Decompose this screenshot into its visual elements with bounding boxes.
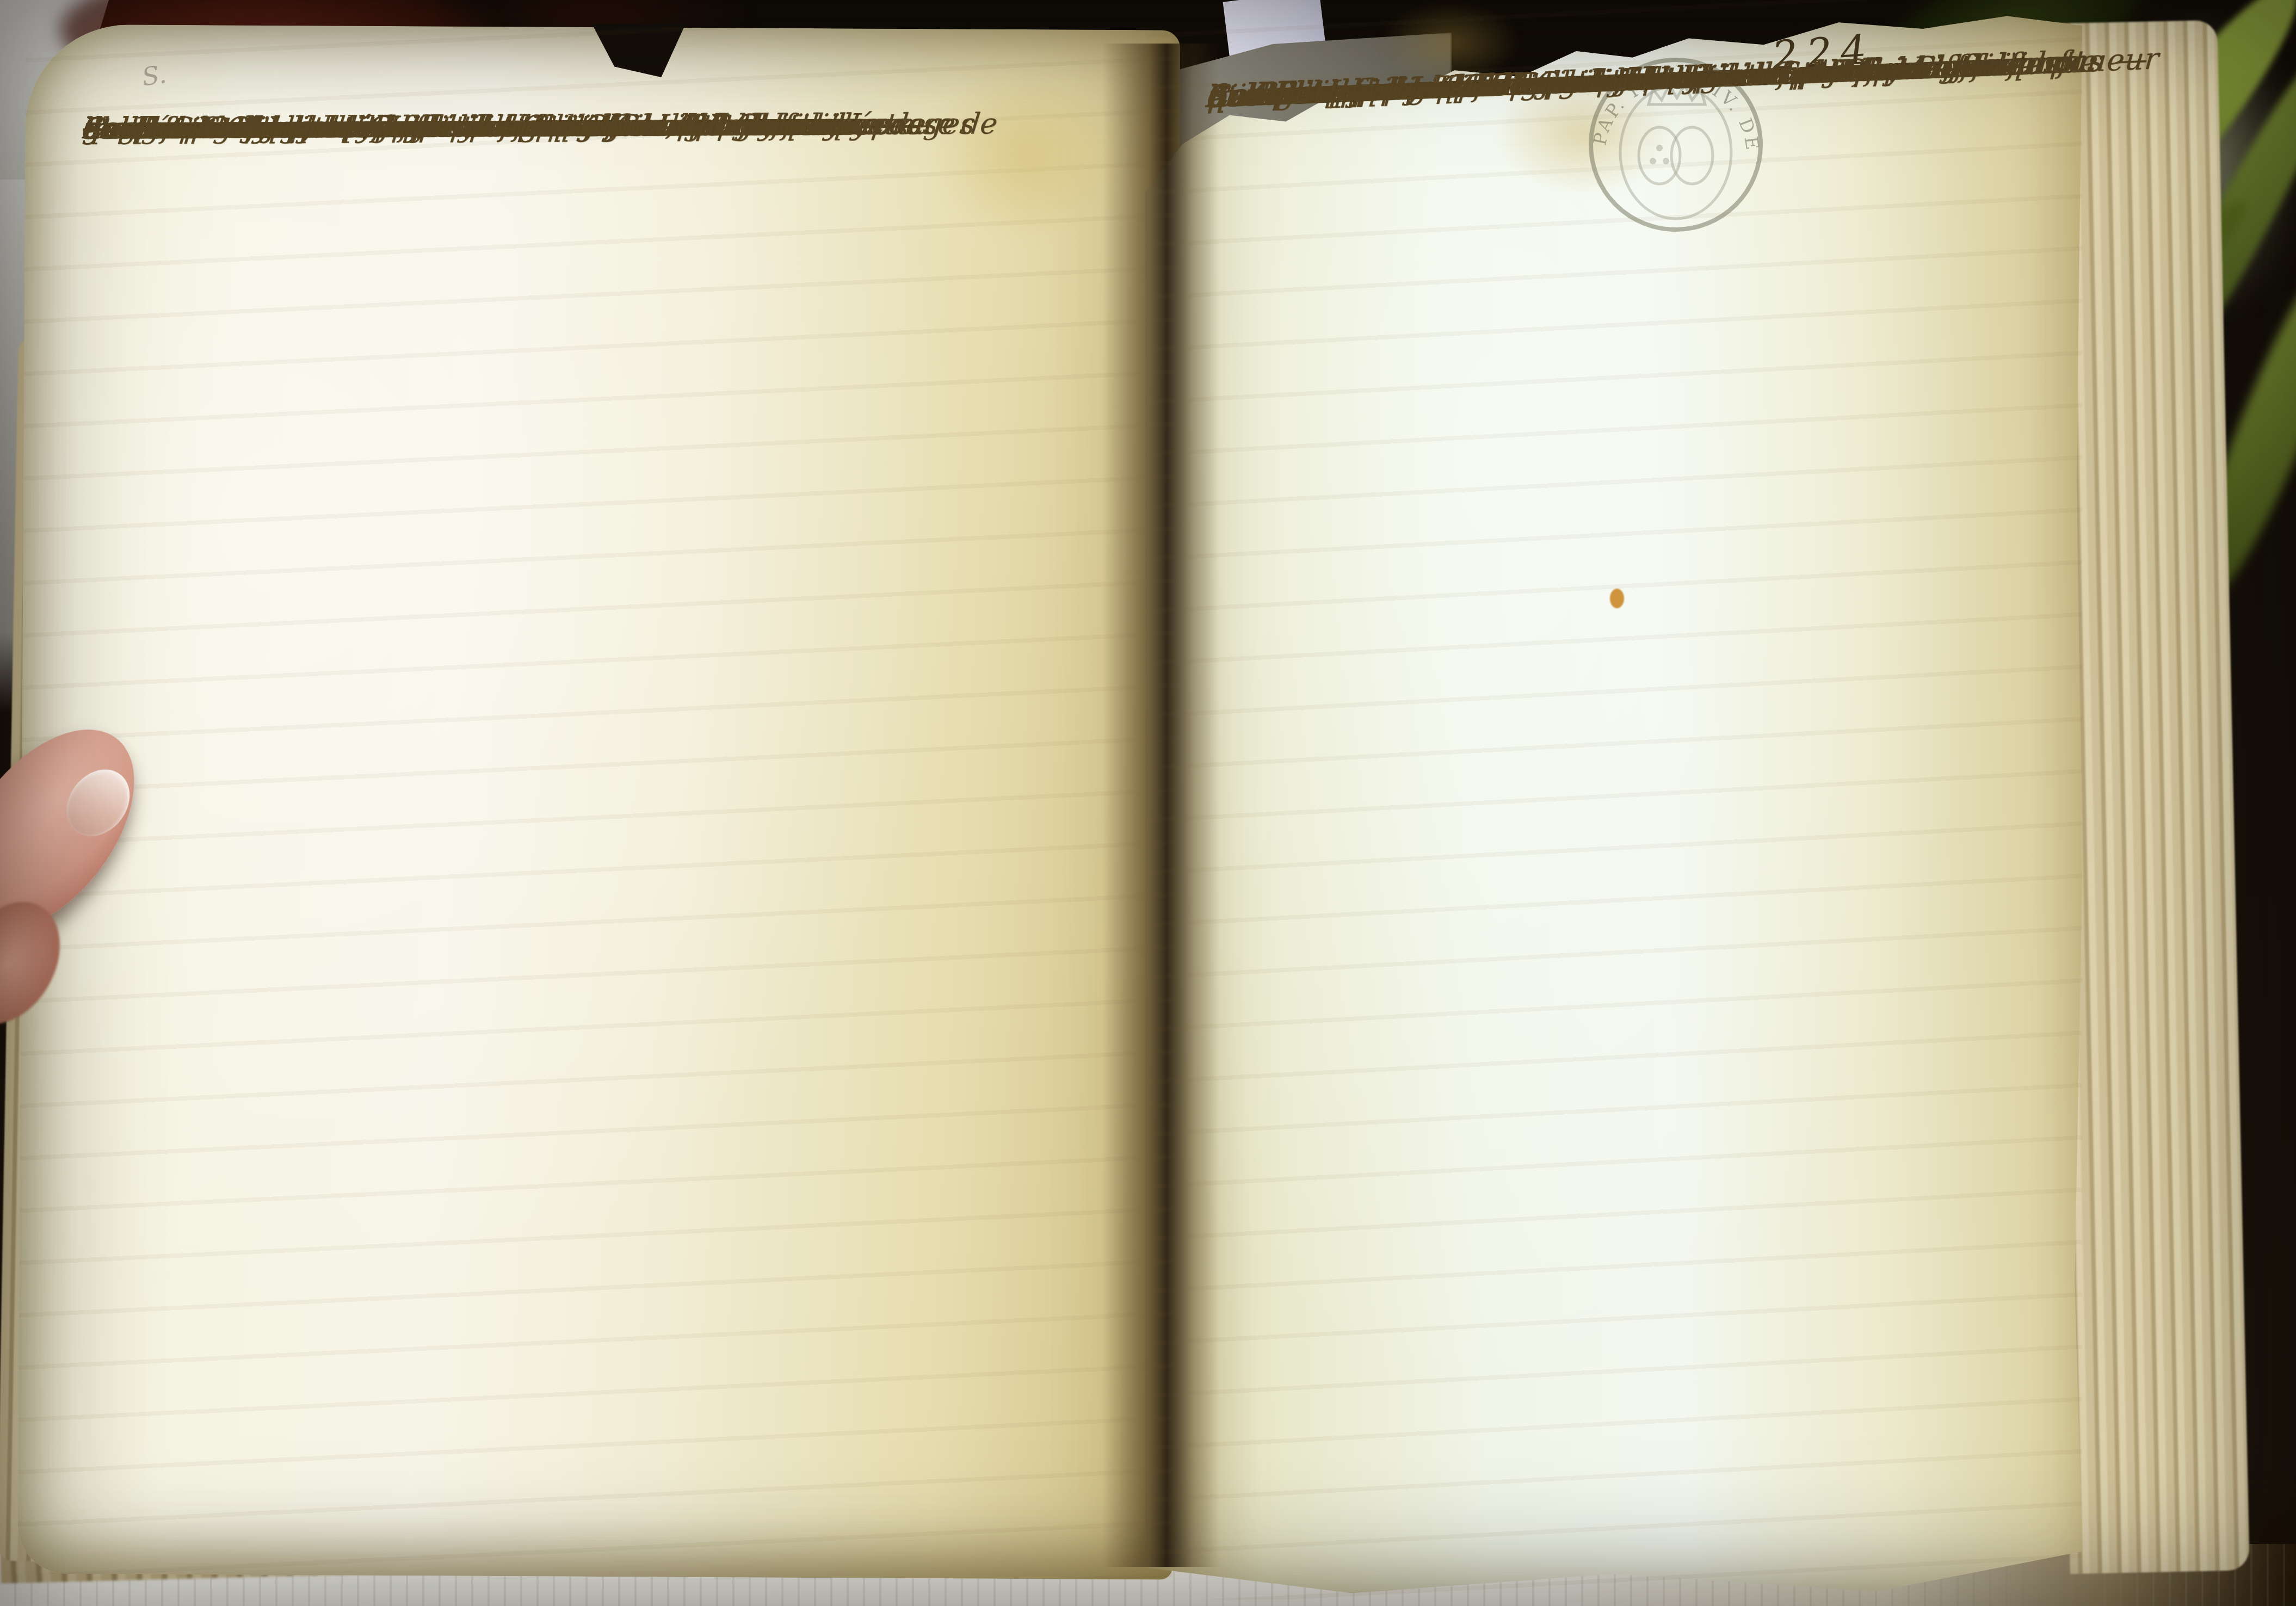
bleedthrough-texture [18,24,1181,1579]
line-text: gardées et raportés au premier Conseil [80,97,698,157]
right-page-content: 224 PAP. I. SOL IV. DEN. quand a la ——Se… [1145,0,2082,1599]
corner-mark: S. [140,59,168,91]
bleedthrough-texture [1145,0,2082,1599]
shield-icon [1671,127,1713,184]
manuscript-photo-scene: S. de La part du mess.re ant. henrj Cous… [0,0,2296,1606]
shield-icon [1639,127,1680,184]
left-page-content: S. de La part du mess.re ant. henrj Cous… [18,24,1181,1579]
